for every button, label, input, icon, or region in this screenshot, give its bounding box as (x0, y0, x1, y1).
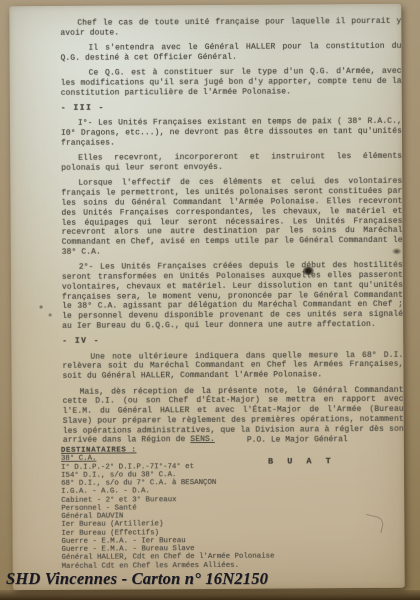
edge-smudge (392, 248, 402, 255)
document-text-column: Chef le cas de toute unité française pou… (60, 17, 404, 452)
region-name: SENS. (190, 435, 215, 444)
archive-caption: SHD Vincennes - Carton n° 16N2150 (6, 569, 268, 589)
document-page: Chef le cas de toute unité française pou… (9, 4, 405, 590)
paragraph: Mais, dès réception de la présente note,… (63, 385, 404, 446)
paragraph: Ce Q.G. est à constituer sur le type d'u… (61, 67, 402, 98)
section-heading-iv: - IV - (62, 335, 403, 347)
paragraph: 2°- Les Unités Françaises créées depuis … (62, 261, 403, 332)
paragraph: I°- Les Unités Françaises existant en te… (61, 117, 402, 148)
margin-specks (38, 304, 54, 320)
section-heading-iii: - III - (61, 102, 402, 114)
paragraph: Une note ultérieure indiquera dans quell… (62, 350, 403, 381)
archive-photo-background: Chef le cas de toute unité française pou… (0, 0, 420, 600)
paragraph: Elles recevront, incorporeront et instru… (61, 152, 402, 174)
signature-function: P.O. Le Major Général (247, 435, 348, 445)
photo-bottom-edge (0, 590, 420, 600)
paragraph: Lorsque l'effectif de ces éléments et ce… (61, 177, 402, 257)
pencil-mark (363, 514, 385, 533)
paragraph: Il s'entendra avec le Général HALLER pou… (60, 42, 401, 64)
ink-blot-stain (303, 266, 314, 275)
recipients-block: DESTINATAIRES : 38° C.A. I° D.I.P.-2° D.… (61, 445, 322, 570)
paragraph: Chef le cas de toute unité française pou… (60, 17, 401, 39)
paragraph-text: Mais, dès réception de la présente note,… (63, 385, 404, 445)
recipients-list: 38° C.A. I° D.I.P.-2° D.I.P.-7I°-74° et … (61, 454, 322, 571)
